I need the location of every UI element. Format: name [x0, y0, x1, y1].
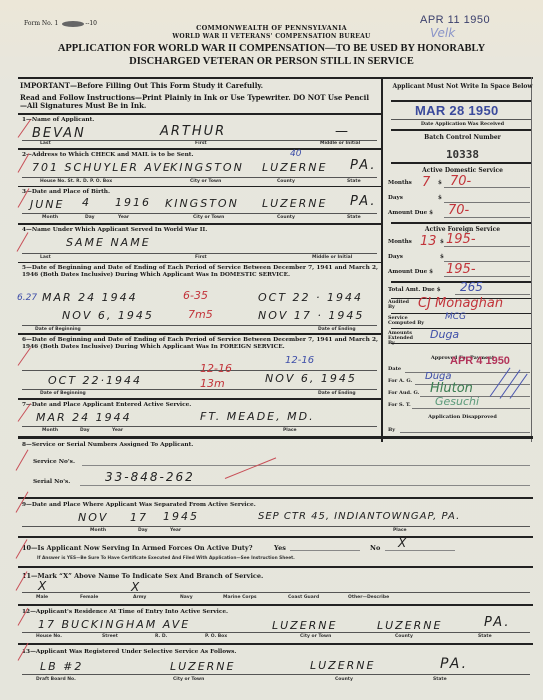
dollar-sign: $ — [438, 180, 442, 186]
residence-state[interactable]: PA. — [484, 615, 510, 630]
option-other[interactable]: Other—Describe — [348, 595, 389, 600]
line — [22, 674, 530, 675]
sub-year: Year — [112, 428, 123, 433]
rule — [18, 223, 381, 225]
batch-label: Batch Control Number — [385, 134, 540, 141]
section-4-label: 4—Name Under Which Applicant Served In W… — [22, 227, 207, 233]
sub-middle: Middle or Initial — [320, 141, 360, 146]
service-no-label: Service No's. — [33, 459, 75, 465]
line — [22, 426, 377, 427]
approved-stamp: APR 4 1950 — [450, 355, 510, 367]
sub-rd: R. D. — [155, 634, 167, 639]
sub-city: City or Town — [300, 634, 331, 639]
check-mark — [16, 449, 29, 470]
domestic-months-value: 7 — [422, 175, 430, 190]
page-title: APPLICATION FOR WORLD WAR II COMPENSATIO… — [10, 42, 533, 68]
extended-signature: Duga — [430, 328, 459, 341]
foreign-months-label: Months — [388, 239, 412, 245]
line — [412, 408, 530, 409]
rule — [18, 262, 381, 263]
total-value: 265 — [460, 280, 483, 294]
audg-signature: Hluton — [430, 381, 473, 396]
address-street-value[interactable]: 701 SCHUYLER AVE — [32, 161, 172, 174]
rule — [391, 343, 531, 344]
section-10-label: 10—Is Applicant Now Serving In Armed For… — [22, 544, 253, 552]
st-label: For S. T. — [388, 402, 411, 408]
rule — [18, 566, 533, 568]
audited-signature: CJ Monaghan — [418, 296, 503, 311]
dollar-sign: $ — [440, 239, 444, 245]
section-1-label: 1—Name of Applicant. — [22, 117, 94, 123]
right-border — [531, 77, 532, 442]
audg-label: For Aud. G. — [388, 390, 419, 396]
middle-initial-value[interactable]: — — [335, 124, 350, 139]
sub-last: Last — [40, 255, 51, 260]
birth-day-value[interactable]: 4 — [82, 196, 91, 209]
no-mark: X — [398, 536, 408, 550]
rule — [391, 100, 531, 102]
serial-no-value[interactable]: 33-848-262 — [105, 470, 195, 484]
top-rule — [18, 77, 533, 79]
sub-state: State — [347, 179, 361, 184]
check-mark — [225, 457, 276, 479]
domestic-end-2[interactable]: NOV 17 · 1945 — [258, 309, 364, 322]
by-label: By — [388, 427, 395, 433]
sub-state: State — [478, 634, 492, 639]
sub-month: Month — [90, 528, 106, 533]
rule — [18, 113, 381, 115]
domestic-margin-note: 6.27 — [17, 293, 37, 303]
line — [22, 325, 377, 326]
last-name-value[interactable]: BEVAN — [32, 126, 86, 141]
sub-house: House No. St. R. D. P. O. Box — [40, 179, 112, 184]
section-6-label: 6—Date of Beginning and Date of Ending o… — [22, 337, 378, 351]
first-name-value[interactable]: ARTHUR — [160, 124, 226, 139]
sub-day: Day — [85, 215, 95, 220]
residence-street[interactable]: 17 BUCKINGHAM AVE — [38, 618, 190, 631]
dollar-sign: $ — [440, 254, 444, 260]
entry-place-value[interactable]: FT. MEADE, MD. — [200, 410, 315, 423]
section-13-label: 13—Applicant Was Registered Under Select… — [22, 649, 236, 655]
option-army[interactable]: Army — [133, 595, 146, 600]
section-3-label: 3—Date and Place of Birth. — [22, 189, 110, 195]
application-form: Form No. 1--10 COMMONWEALTH OF PENNSYLVA… — [0, 0, 543, 700]
birth-month-value[interactable]: JUNE — [30, 198, 64, 211]
domestic-begin-2[interactable]: NOV 6, 1945 — [62, 309, 154, 322]
sub-street: Street — [102, 634, 118, 639]
draft-board-value[interactable]: LB #2 — [40, 660, 83, 673]
sub-house: House No. — [36, 634, 62, 639]
date-label: Date — [388, 366, 401, 372]
received-date-stamp: APR 11 1950 — [420, 14, 490, 26]
option-marine-corps[interactable]: Marine Corps — [223, 595, 257, 600]
birth-state-value[interactable]: PA. — [350, 194, 376, 209]
section-2-label: 2—Address to Which CHECK and MAIL is to … — [22, 152, 194, 158]
sub-state: State — [433, 677, 447, 682]
rule — [391, 162, 531, 164]
rule — [18, 436, 533, 439]
received-stamp: MAR 28 1950 — [415, 103, 499, 118]
line — [405, 372, 530, 373]
sub-year: Year — [118, 215, 129, 220]
important-notice: IMPORTANT—Before Filling Out This Form S… — [20, 81, 263, 90]
office-column-divider — [381, 77, 383, 442]
dollar-sign: $ — [438, 195, 442, 201]
domestic-months-label: Months — [388, 180, 412, 186]
ag-label: For A. G. — [388, 378, 412, 384]
foreign-due-value: 195- — [446, 262, 476, 277]
domestic-calc-2: 7m5 — [188, 308, 213, 321]
sub-day: Day — [80, 428, 90, 433]
sub-po-box: P. O. Box — [205, 634, 227, 639]
domestic-calc-1: 6-35 — [183, 289, 208, 302]
domestic-due-value: 70- — [448, 203, 469, 218]
service-name-value[interactable]: SAME NAME — [66, 236, 151, 249]
line — [22, 253, 377, 254]
address-state-value[interactable]: PA. — [350, 158, 376, 173]
rule — [391, 328, 531, 329]
separation-month[interactable]: NOV — [78, 511, 108, 524]
stamp-initials: Velk — [430, 26, 455, 40]
sub-city: City or Town — [173, 677, 204, 682]
option-female[interactable]: Female — [80, 595, 98, 600]
sub-day: Day — [138, 528, 148, 533]
yes-field[interactable] — [290, 550, 360, 551]
sub-year: Year — [170, 528, 181, 533]
line — [22, 213, 377, 214]
sub-county: County — [335, 677, 353, 682]
address-annotation: 40 — [290, 149, 301, 159]
serial-no-label: Serial No's. — [33, 479, 70, 485]
read-follow-notice: Read and Follow Instructions—Print Plain… — [20, 94, 375, 110]
sub-middle: Middle or Initial — [312, 255, 352, 260]
rule — [18, 643, 533, 645]
no-field[interactable] — [385, 550, 455, 551]
entry-date-value[interactable]: MAR 24 1944 — [36, 411, 132, 424]
line — [82, 465, 530, 466]
foreign-begin[interactable]: OCT 22·1944 — [48, 374, 142, 387]
rule — [18, 604, 533, 606]
foreign-calc: 12-16 — [200, 362, 232, 375]
sub-first: First — [195, 255, 207, 260]
foreign-months-value: 13 — [420, 234, 437, 249]
male-mark: X — [38, 579, 48, 593]
domestic-due-label: Amount Due $ — [388, 210, 433, 216]
title-line-2: DISCHARGED VETERAN OR PERSON STILL IN SE… — [10, 55, 533, 68]
sub-first: First — [195, 141, 207, 146]
sub-begin: Date of Beginning — [40, 391, 86, 396]
line — [22, 389, 377, 390]
sub-city: City or Town — [190, 179, 221, 184]
foreign-blue-note: 12-16 — [285, 355, 314, 366]
batch-number: 10338 — [385, 148, 540, 161]
sub-last: Last — [40, 141, 51, 146]
sub-place: Place — [283, 428, 297, 433]
residence-city[interactable]: LUZERNE — [272, 619, 338, 632]
domestic-days-label: Days — [388, 195, 403, 201]
line — [455, 294, 530, 295]
birth-city-value[interactable]: KINGSTON — [165, 197, 239, 210]
domestic-begin-1[interactable]: MAR 24 1944 — [42, 291, 138, 304]
check-mark — [17, 232, 29, 252]
section-11-label: 11—Mark “X” Above Name To Indicate Sex A… — [22, 572, 263, 580]
option-male[interactable]: Male — [36, 595, 48, 600]
office-header: Applicant Must Not Write In Space Below — [385, 83, 540, 91]
received-label: Date Application Was Received — [385, 121, 540, 127]
rule — [18, 333, 381, 335]
yes-label: Yes — [274, 544, 286, 552]
foreign-days-label: Days — [388, 254, 403, 260]
foreign-end[interactable]: NOV 6, 1945 — [265, 372, 357, 385]
pen-mark — [510, 374, 528, 399]
birth-county-value[interactable]: LUZERNE — [262, 197, 328, 210]
domestic-end-1[interactable]: OCT 22 · 1944 — [258, 291, 363, 304]
sub-begin: Date of Beginning — [35, 327, 81, 332]
line — [22, 632, 530, 633]
section-10-note: If Answer is YES—Be Sure To Have Certifi… — [37, 556, 295, 561]
sub-county: County — [395, 634, 413, 639]
sub-county: County — [277, 179, 295, 184]
sub-end: Date of Ending — [318, 327, 356, 332]
line — [400, 432, 530, 433]
option-navy[interactable]: Navy — [180, 595, 193, 600]
line — [22, 592, 530, 593]
address-county-value[interactable]: LUZERNE — [262, 161, 328, 174]
section-8-label: 8—Service or Serial Numbers Assigned To … — [22, 442, 193, 448]
draft-state-value[interactable]: PA. — [440, 656, 468, 672]
option-coast-guard[interactable]: Coast Guard — [288, 595, 319, 600]
rule — [18, 536, 533, 538]
section-12-label: 12—Applicant's Residence At Time of Entr… — [22, 609, 228, 615]
domestic-months-amount: 70- — [450, 174, 471, 189]
rule — [18, 148, 381, 150]
line — [391, 119, 531, 120]
section-9-label: 9—Date and Place Where Applicant Was Sep… — [22, 502, 256, 508]
section-7-label: 7—Date and Place Applicant Entered Activ… — [22, 402, 191, 408]
sub-county: County — [277, 215, 295, 220]
rule — [391, 129, 531, 131]
computed-label: Service Computed By — [388, 316, 428, 326]
sub-place: Place — [393, 528, 407, 533]
no-label: No — [370, 544, 380, 552]
computed-signature: MCG — [445, 312, 466, 322]
residence-county[interactable]: LUZERNE — [377, 619, 443, 632]
rule — [18, 398, 381, 400]
rule — [18, 497, 533, 499]
sub-city: City or Town — [193, 215, 224, 220]
sub-month: Month — [42, 428, 58, 433]
sub-month: Month — [42, 215, 58, 220]
disapproved-label: Application Disapproved — [385, 414, 540, 420]
title-line-1: APPLICATION FOR WORLD WAR II COMPENSATIO… — [10, 42, 533, 55]
separation-year[interactable]: 1945 — [163, 510, 199, 523]
birth-year-value[interactable]: 1916 — [115, 196, 151, 209]
sub-draft-board: Draft Board No. — [36, 677, 76, 682]
foreign-due-label: Amount Due $ — [388, 269, 433, 275]
rule — [391, 222, 531, 224]
line — [80, 485, 530, 486]
draft-county-value[interactable]: LUZERNE — [310, 659, 376, 672]
header-bureau: WORLD WAR II VETERANS' COMPENSATION BURE… — [0, 33, 543, 40]
draft-city-value[interactable]: LUZERNE — [170, 660, 236, 673]
domestic-header: Active Domestic Service — [385, 167, 540, 174]
separation-place[interactable]: SEP CTR 45, INDIANTOWNGAP, PA. — [258, 511, 460, 522]
sub-state: State — [347, 215, 361, 220]
line — [22, 177, 377, 178]
rule — [18, 186, 381, 187]
line — [22, 526, 530, 527]
foreign-months-amount: 195- — [446, 232, 476, 247]
total-label: Total Amt. Due $ — [388, 287, 441, 293]
address-city-value[interactable]: KINGSTON — [170, 161, 244, 174]
st-signature: Gesuchi — [435, 395, 479, 408]
audited-label: Audited By — [388, 300, 408, 310]
sub-end: Date of Ending — [318, 391, 356, 396]
separation-day[interactable]: 17 — [130, 511, 148, 524]
section-5-label: 5—Date of Beginning and Date of Ending o… — [22, 265, 378, 279]
